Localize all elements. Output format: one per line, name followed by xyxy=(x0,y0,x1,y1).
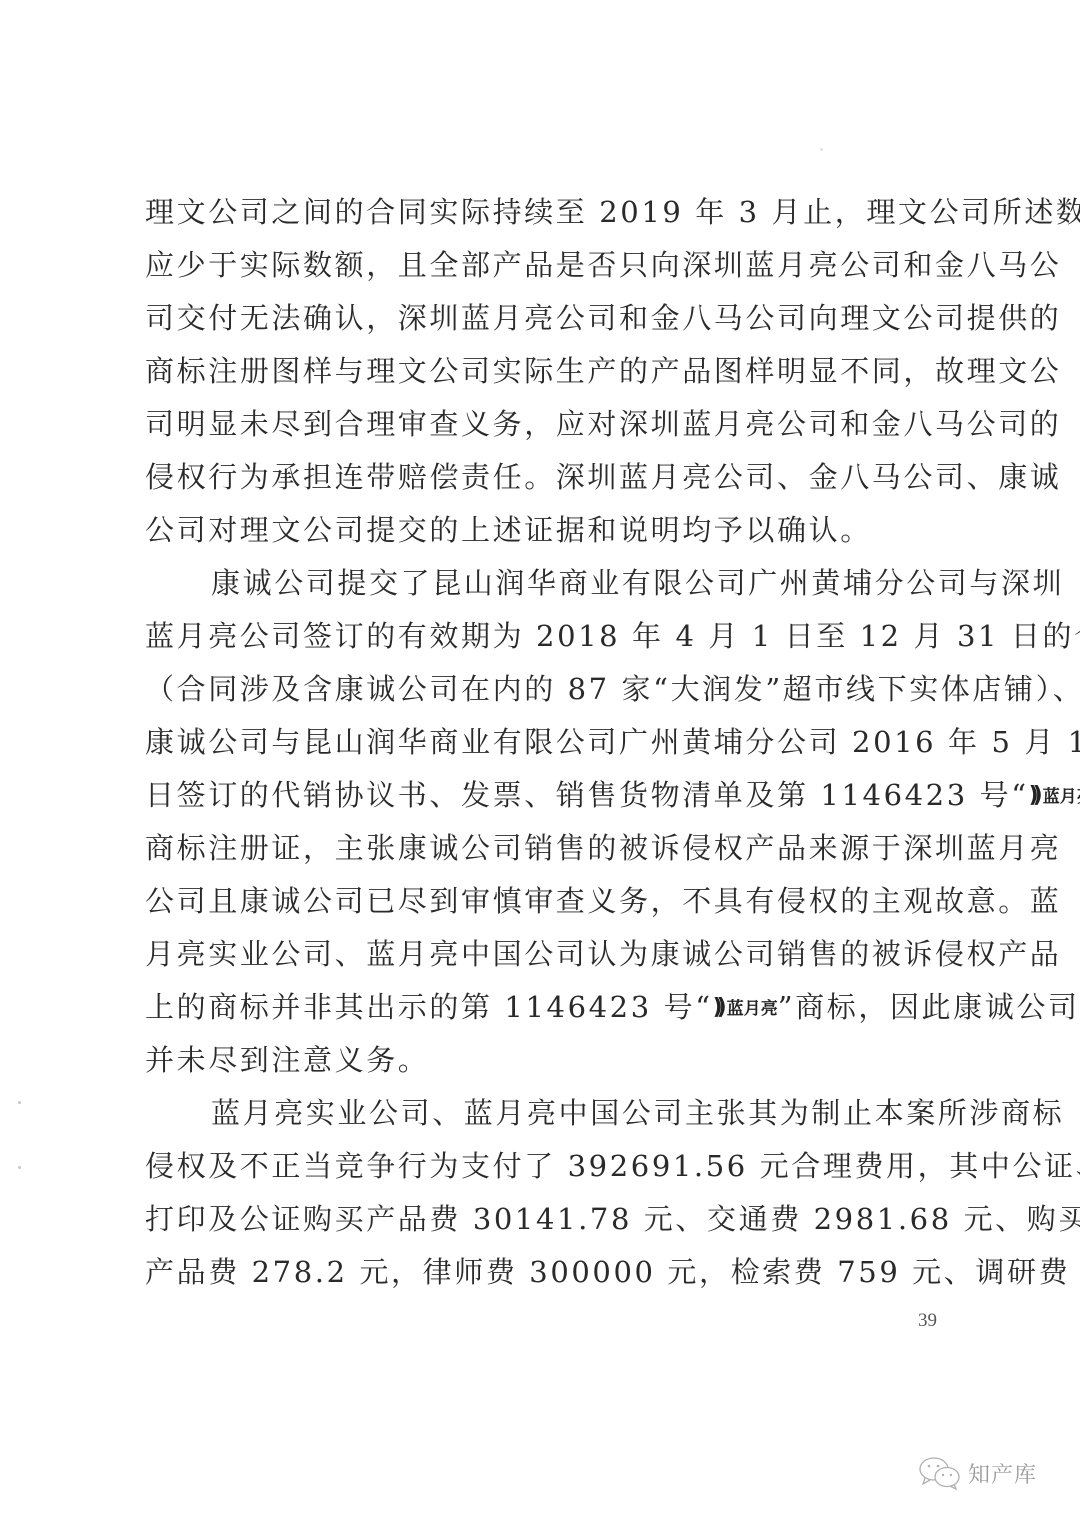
text-segment: ”商标，因此康诚公司 xyxy=(778,990,1080,1024)
text-line: 康诚公司提交了昆山润华商业有限公司广州黄埔分公司与深圳 xyxy=(145,557,945,610)
crescent-moon-icon: )) xyxy=(713,995,721,1020)
text-line-with-trademark: 日签订的代销协议书、发票、销售货物清单及第 1146423 号“))蓝月亮” xyxy=(145,769,945,822)
text-line: 并未尽到注意义务。 xyxy=(145,1034,945,1087)
text-line: 产品费 278.2 元，律师费 300000 元，检索费 759 元、调研费 5… xyxy=(145,1246,945,1299)
text-line: （合同涉及含康诚公司在内的 87 家“大润发”超市线下实体店铺）、 xyxy=(145,663,945,716)
scan-artifact xyxy=(820,148,823,151)
text-line: 理文公司之间的合同实际持续至 2019 年 3 月止，理文公司所述数额 xyxy=(145,186,945,239)
trademark-text: 蓝月亮 xyxy=(1043,787,1080,807)
wechat-icon xyxy=(918,1455,962,1491)
text-line: 司明显未尽到合理审查义务，应对深圳蓝月亮公司和金八马公司的 xyxy=(145,398,945,451)
text-line: 商标注册图样与理文公司实际生产的产品图样明显不同，故理文公 xyxy=(145,345,945,398)
text-line: 商标注册证，主张康诚公司销售的被诉侵权产品来源于深圳蓝月亮 xyxy=(145,822,945,875)
text-line: 打印及公证购买产品费 30141.78 元、交通费 2981.68 元、购买侵权 xyxy=(145,1193,945,1246)
text-line: 蓝月亮公司签订的有效期为 2018 年 4 月 1 日至 12 月 31 日的合… xyxy=(145,610,945,663)
document-page: 理文公司之间的合同实际持续至 2019 年 3 月止，理文公司所述数额 应少于实… xyxy=(0,0,1080,1527)
text-line: 公司且康诚公司已尽到审慎审查义务，不具有侵权的主观故意。蓝 xyxy=(145,875,945,928)
paragraph-1: 理文公司之间的合同实际持续至 2019 年 3 月止，理文公司所述数额 应少于实… xyxy=(145,186,945,557)
scan-artifact xyxy=(18,1101,21,1104)
text-line: 公司对理文公司提交的上述证据和说明均予以确认。 xyxy=(145,504,945,557)
watermark: 知产库 xyxy=(918,1455,1037,1491)
trademark-text: 蓝月亮 xyxy=(727,999,778,1019)
watermark-text: 知产库 xyxy=(968,1458,1037,1489)
text-line: 侵权行为承担连带赔偿责任。深圳蓝月亮公司、金八马公司、康诚 xyxy=(145,451,945,504)
text-line: 应少于实际数额，且全部产品是否只向深圳蓝月亮公司和金八马公 xyxy=(145,239,945,292)
text-line: 月亮实业公司、蓝月亮中国公司认为康诚公司销售的被诉侵权产品 xyxy=(145,928,945,981)
page-number: 39 xyxy=(918,1310,937,1332)
trademark-logo: ))蓝月亮 xyxy=(1029,769,1080,824)
text-line: 司交付无法确认，深圳蓝月亮公司和金八马公司向理文公司提供的 xyxy=(145,292,945,345)
text-line: 康诚公司与昆山润华商业有限公司广州黄埔分公司 2016 年 5 月 1 xyxy=(145,716,945,769)
text-line-with-trademark: 上的商标并非其出示的第 1146423 号“))蓝月亮”商标，因此康诚公司 xyxy=(145,981,945,1034)
paragraph-3: 蓝月亮实业公司、蓝月亮中国公司主张其为制止本案所涉商标 侵权及不正当竞争行为支付… xyxy=(145,1087,945,1299)
paragraph-2: 康诚公司提交了昆山润华商业有限公司广州黄埔分公司与深圳 蓝月亮公司签订的有效期为… xyxy=(145,557,945,1087)
document-body: 理文公司之间的合同实际持续至 2019 年 3 月止，理文公司所述数额 应少于实… xyxy=(145,186,945,1299)
crescent-moon-icon: )) xyxy=(1029,783,1037,808)
trademark-logo: ))蓝月亮 xyxy=(713,981,778,1036)
text-line: 蓝月亮实业公司、蓝月亮中国公司主张其为制止本案所涉商标 xyxy=(145,1087,945,1140)
scan-artifact xyxy=(18,1166,21,1169)
text-segment: 日签订的代销协议书、发票、销售货物清单及第 1146423 号“ xyxy=(145,778,1029,812)
text-segment: 上的商标并非其出示的第 1146423 号“ xyxy=(145,990,713,1024)
text-line: 侵权及不正当竞争行为支付了 392691.56 元合理费用，其中公证、 xyxy=(145,1140,945,1193)
